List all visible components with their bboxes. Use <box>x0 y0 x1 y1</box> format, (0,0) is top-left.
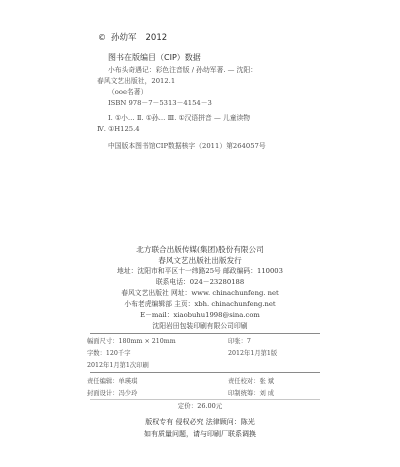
cip-entry-line1: 小布头奇遇记：彩色注音版 / 孙幼军著. — 沈阳： <box>97 65 257 76</box>
publisher-address: 地址：沈阳市和平区十一纬路25号 邮政编码：110003 <box>0 266 400 277</box>
publisher-printer: 沈阳岩田包装印刷有限公司印刷 <box>0 321 400 332</box>
cip-classification-line1: Ⅰ. ①小… Ⅱ. ①孙… Ⅲ. ①汉语拼音 — 儿童读物 <box>97 113 250 124</box>
copyright-author: 孙幼军 <box>111 33 137 43</box>
publisher-distributor: 春风文艺出版社出版发行 <box>0 255 400 266</box>
price: 定价：26.00元 <box>0 401 400 410</box>
footer-quality: 如有质量问题，请与印刷厂联系调换 <box>0 428 400 440</box>
cip-record: 中国版本图书馆CIP数据核字（2011）第264057号 <box>97 141 266 152</box>
divider-bottom <box>90 399 320 400</box>
cip-series: （ooe名著） <box>97 87 257 98</box>
publisher-editorial-dept: 小布老虎编辑部 主页：xbh. chinachunfeng.net <box>0 299 400 310</box>
publisher-group: 北方联合出版传媒(集团)股份有限公司 <box>0 244 400 255</box>
footer-notice: 版权专有 侵权必究 法律顾问：陈光 如有质量问题，请与印刷厂联系调换 <box>0 416 400 440</box>
copyright-year: 2012 <box>146 33 168 43</box>
publisher-block: 北方联合出版传媒(集团)股份有限公司 春风文艺出版社出版发行 地址：沈阳市和平区… <box>0 244 400 332</box>
cip-isbn: ISBN 978－7－5313－4154－3 <box>97 98 257 109</box>
cip-classification: Ⅰ. ①小… Ⅱ. ①孙… Ⅲ. ①汉语拼音 — 儿童读物 Ⅳ. ①H125.4 <box>97 113 250 135</box>
spec-format: 幅面尺寸：180mm × 210mm <box>87 336 176 345</box>
copyright-page: ©孙幼军2012 图书在版编目（CIP）数据 小布头奇遇记：彩色注音版 / 孙幼… <box>0 0 400 467</box>
footer-rights: 版权专有 侵权必究 法律顾问：陈光 <box>0 416 400 428</box>
cip-title: 图书在版编目（CIP）数据 <box>108 52 201 63</box>
spec-edition: 2012年1月第1版 <box>228 348 277 357</box>
spec-sheets: 印张：7 <box>228 336 251 345</box>
cip-entry-line2: 春风文艺出版社，2012.1 <box>97 76 257 87</box>
credit-editor: 责任编辑：单瑛琪 <box>87 376 137 385</box>
cip-entry: 小布头奇遇记：彩色注音版 / 孙幼军著. — 沈阳： 春风文艺出版社，2012.… <box>97 65 257 109</box>
credit-cover-design: 封面设计：冯少玲 <box>87 388 137 397</box>
cip-record-number: 中国版本图书馆CIP数据核字（2011）第264057号 <box>97 141 266 152</box>
credit-proofreader: 责任校对：张 斌 <box>228 376 274 385</box>
publisher-phone: 联系电话：024－23280188 <box>0 277 400 288</box>
copyright-symbol: © <box>98 33 106 42</box>
spec-printing: 2012年1月第1次印刷 <box>87 360 149 369</box>
publisher-website: 春风文艺出版社 网址：www. chinachunfeng. net <box>0 288 400 299</box>
copyright-line: ©孙幼军2012 <box>98 31 167 43</box>
divider-middle <box>90 372 320 373</box>
spec-word-count: 字数：120千字 <box>87 348 131 357</box>
divider-top <box>90 333 320 334</box>
publisher-email: E－mail：xiaobuhu1998@sina.com <box>0 310 400 321</box>
cip-classification-line2: Ⅳ. ①H125.4 <box>97 124 250 135</box>
credit-production: 印制统筹：刘 成 <box>228 388 274 397</box>
